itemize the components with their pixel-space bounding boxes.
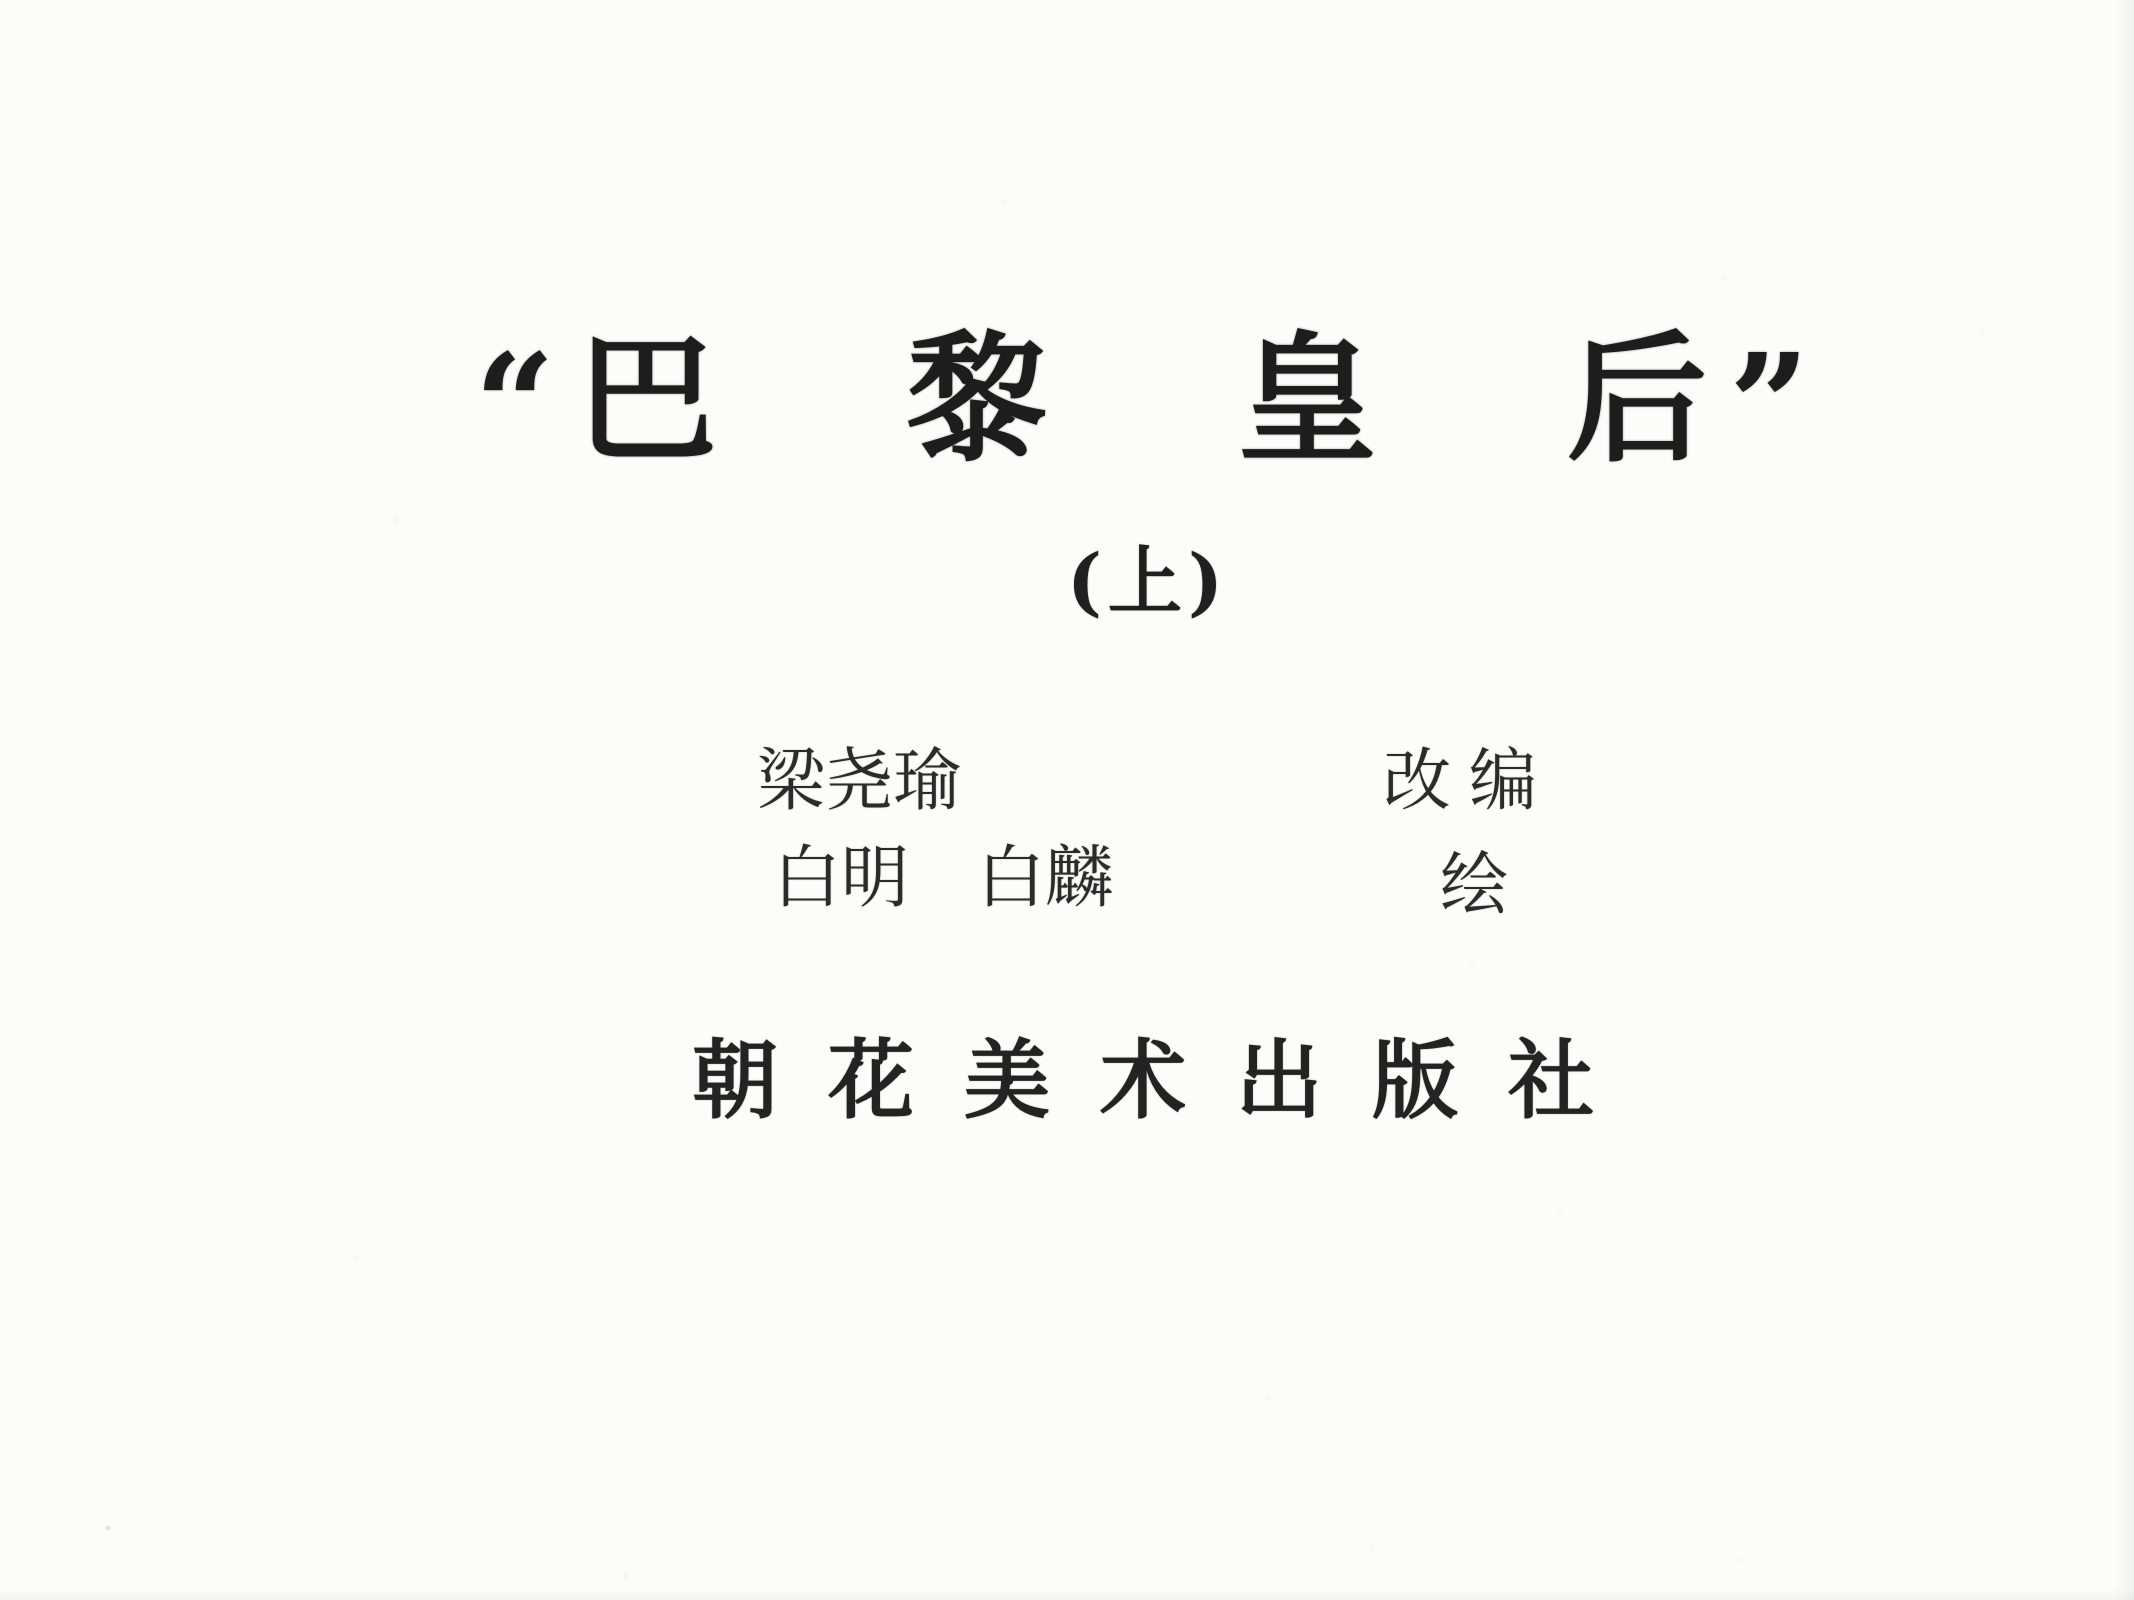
title-char-2: 黎 [907, 330, 1047, 470]
volume-label: (上) [81, 545, 2134, 619]
illustrator-names: 白明 白麟 [773, 845, 1113, 913]
publisher-name: 朝花美术出版社 [692, 1038, 1644, 1124]
scan-edge-shading-bottom [0, 1588, 2134, 1600]
adapter-names: 梁尧瑜 [757, 748, 961, 816]
title-open-quote: “ [474, 336, 555, 476]
title-char-1: 巴 [577, 330, 717, 470]
illustrator-role: 绘 [1440, 852, 1508, 920]
title-close-quote: ” [1729, 336, 1810, 476]
scan-edge-shading-right [2114, 0, 2134, 1600]
title-char-3: 皇 [1237, 330, 1377, 470]
scanned-title-page: “ 巴 黎 皇 后 ” (上) 梁尧瑜 改编 白明 白麟 绘 朝花美术出版社 [0, 0, 2134, 1600]
book-title: “ 巴 黎 皇 后 ” [75, 330, 2134, 470]
adapter-role: 改编 [1383, 748, 1555, 816]
title-char-4: 后 [1567, 330, 1707, 470]
scan-speckles [0, 0, 4, 4]
